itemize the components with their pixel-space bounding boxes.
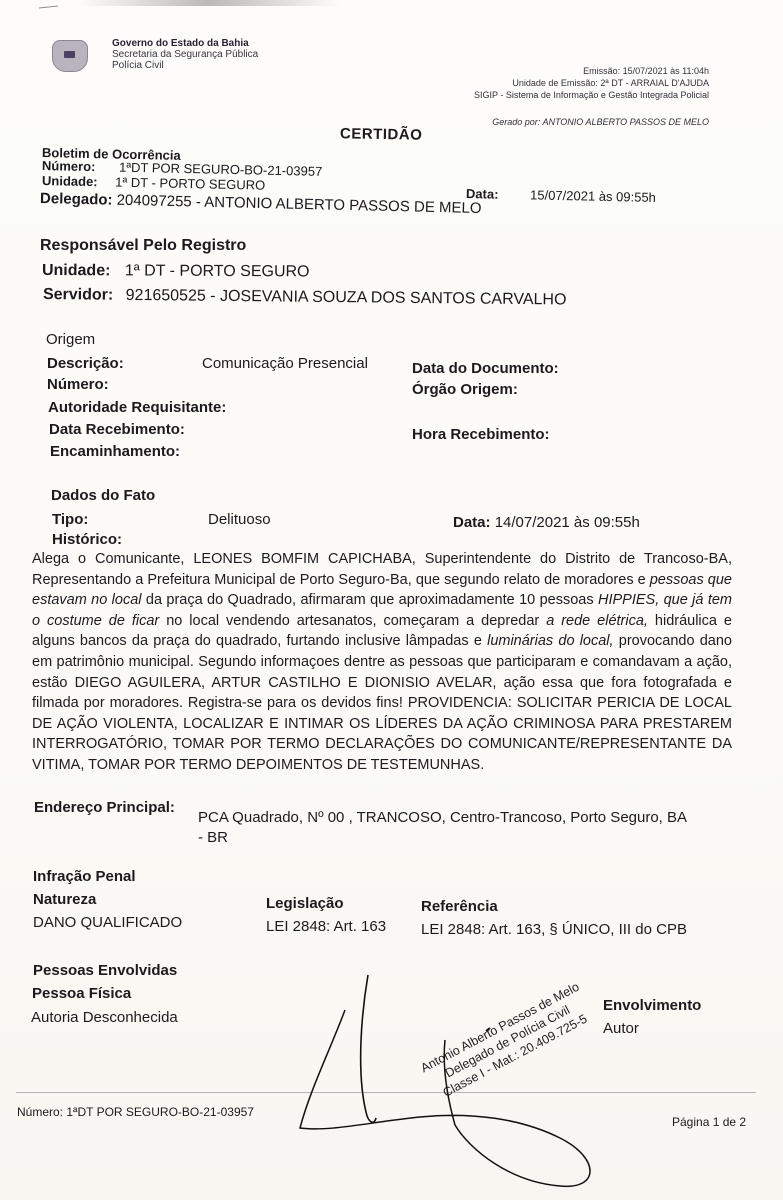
unidade-value: 1ª DT - PORTO SEGURO xyxy=(115,175,265,193)
pessoa-fisica-label: Pessoa Física xyxy=(32,985,131,1002)
header-government: Governo do Estado da Bahia xyxy=(112,38,249,49)
delegado-label: Delegado: xyxy=(40,190,113,209)
servidor-value: 921650525 - JOSEVANIA SOUZA DOS SANTOS C… xyxy=(126,287,567,309)
fato-data-value: 14/07/2021 às 09:55h xyxy=(495,514,640,531)
origem-numero-label: Número: xyxy=(47,376,109,393)
fato-heading: Dados do Fato xyxy=(51,487,155,504)
generated-by: Gerado por: ANTONIO ALBERTO PASSOS DE ME… xyxy=(492,117,709,127)
boletim-data-row: Data: 15/07/2021 às 09:55h xyxy=(466,186,656,205)
stamp-line2: Delegado de Polícia Civil xyxy=(426,993,590,1090)
referencia-label: Referência xyxy=(421,898,498,915)
orgao-origem-label: Órgão Origem: xyxy=(412,381,518,398)
legislacao-label: Legislação xyxy=(266,895,344,912)
pessoas-heading: Pessoas Envolvidas xyxy=(33,962,177,979)
responsavel-unidade-row: Unidade: 1ª DT - PORTO SEGURO xyxy=(42,262,310,281)
natureza-value: DANO QUALIFICADO xyxy=(33,914,182,931)
origem-heading: Origem xyxy=(46,331,95,348)
data-documento-label: Data do Documento: xyxy=(412,360,559,377)
police-crest-icon xyxy=(52,40,88,72)
historico-text: Alega o Comunicante, LEONES BOMFIM CAPIC… xyxy=(32,549,732,776)
hora-recebimento-label: Hora Recebimento: xyxy=(412,426,550,443)
data-recebimento-label: Data Recebimento: xyxy=(49,421,185,438)
historico-label: Histórico: xyxy=(52,531,122,548)
unidade-label: Unidade: xyxy=(42,173,98,189)
envolvimento-label: Envolvimento xyxy=(603,997,701,1014)
delegado-value: 204097255 - ANTONIO ALBERTO PASSOS DE ME… xyxy=(116,192,481,217)
footer-numero: Número: 1ªDT POR SEGURO-BO-21-03957 xyxy=(17,1105,254,1119)
responsavel-servidor-row: Servidor: 921650525 - JOSEVANIA SOUZA DO… xyxy=(43,286,567,309)
servidor-label: Servidor: xyxy=(43,286,113,304)
infracao-heading: Infração Penal xyxy=(33,868,136,885)
fato-data-label: Data: xyxy=(453,514,491,531)
data-value: 15/07/2021 às 09:55h xyxy=(530,187,656,205)
scan-shadow xyxy=(80,0,340,6)
pessoa-value: Autoria Desconhecida xyxy=(31,1009,178,1026)
responsavel-heading: Responsável Pelo Registro xyxy=(40,237,246,255)
endereco-line1: PCA Quadrado, Nº 00 , TRANCOSO, Centro-T… xyxy=(198,809,687,826)
delegado-stamp: Antonio Alberto Passos de Melo Delegado … xyxy=(418,979,597,1105)
endereco-line2: - BR xyxy=(198,829,228,846)
legislacao-value: LEI 2848: Art. 163 xyxy=(266,918,386,935)
natureza-label: Natureza xyxy=(33,891,96,908)
document-title: CERTIDÃO xyxy=(340,125,423,143)
tipo-label: Tipo: xyxy=(52,511,88,528)
fato-data-row: Data: 14/07/2021 às 09:55h xyxy=(453,514,640,531)
resp-unidade-label: Unidade: xyxy=(42,262,111,279)
endereco-label: Endereço Principal: xyxy=(34,799,175,816)
header-secretariat: Secretaria da Segurança Pública xyxy=(112,49,258,60)
resp-unidade-value: 1ª DT - PORTO SEGURO xyxy=(125,262,310,280)
referencia-value: LEI 2848: Art. 163, § ÚNICO, III do CPB xyxy=(421,921,687,938)
descricao-value: Comunicação Presencial xyxy=(202,355,368,372)
tipo-value: Delituoso xyxy=(208,511,271,528)
system-name: SIGIP - Sistema de Informação e Gestão I… xyxy=(474,90,709,100)
document-page: Governo do Estado da Bahia Secretaria da… xyxy=(0,0,783,1200)
numero-label: Número: xyxy=(42,158,96,174)
encaminhamento-label: Encaminhamento: xyxy=(50,443,180,460)
emission-date: Emissão: 15/07/2021 às 11:04h xyxy=(583,66,709,76)
descricao-label: Descrição: xyxy=(47,355,124,372)
footer-page: Página 1 de 2 xyxy=(672,1115,746,1129)
envolvimento-value: Autor xyxy=(603,1020,639,1037)
emission-unit: Unidade de Emissão: 2ª DT - ARRAIAL D'AJ… xyxy=(512,78,709,88)
header-agency: Polícia Civil xyxy=(112,60,164,71)
autoridade-label: Autoridade Requisitante: xyxy=(48,399,226,416)
footer-divider xyxy=(16,1092,756,1093)
boletim-delegado-row: Delegado: 204097255 - ANTONIO ALBERTO PA… xyxy=(40,190,482,217)
